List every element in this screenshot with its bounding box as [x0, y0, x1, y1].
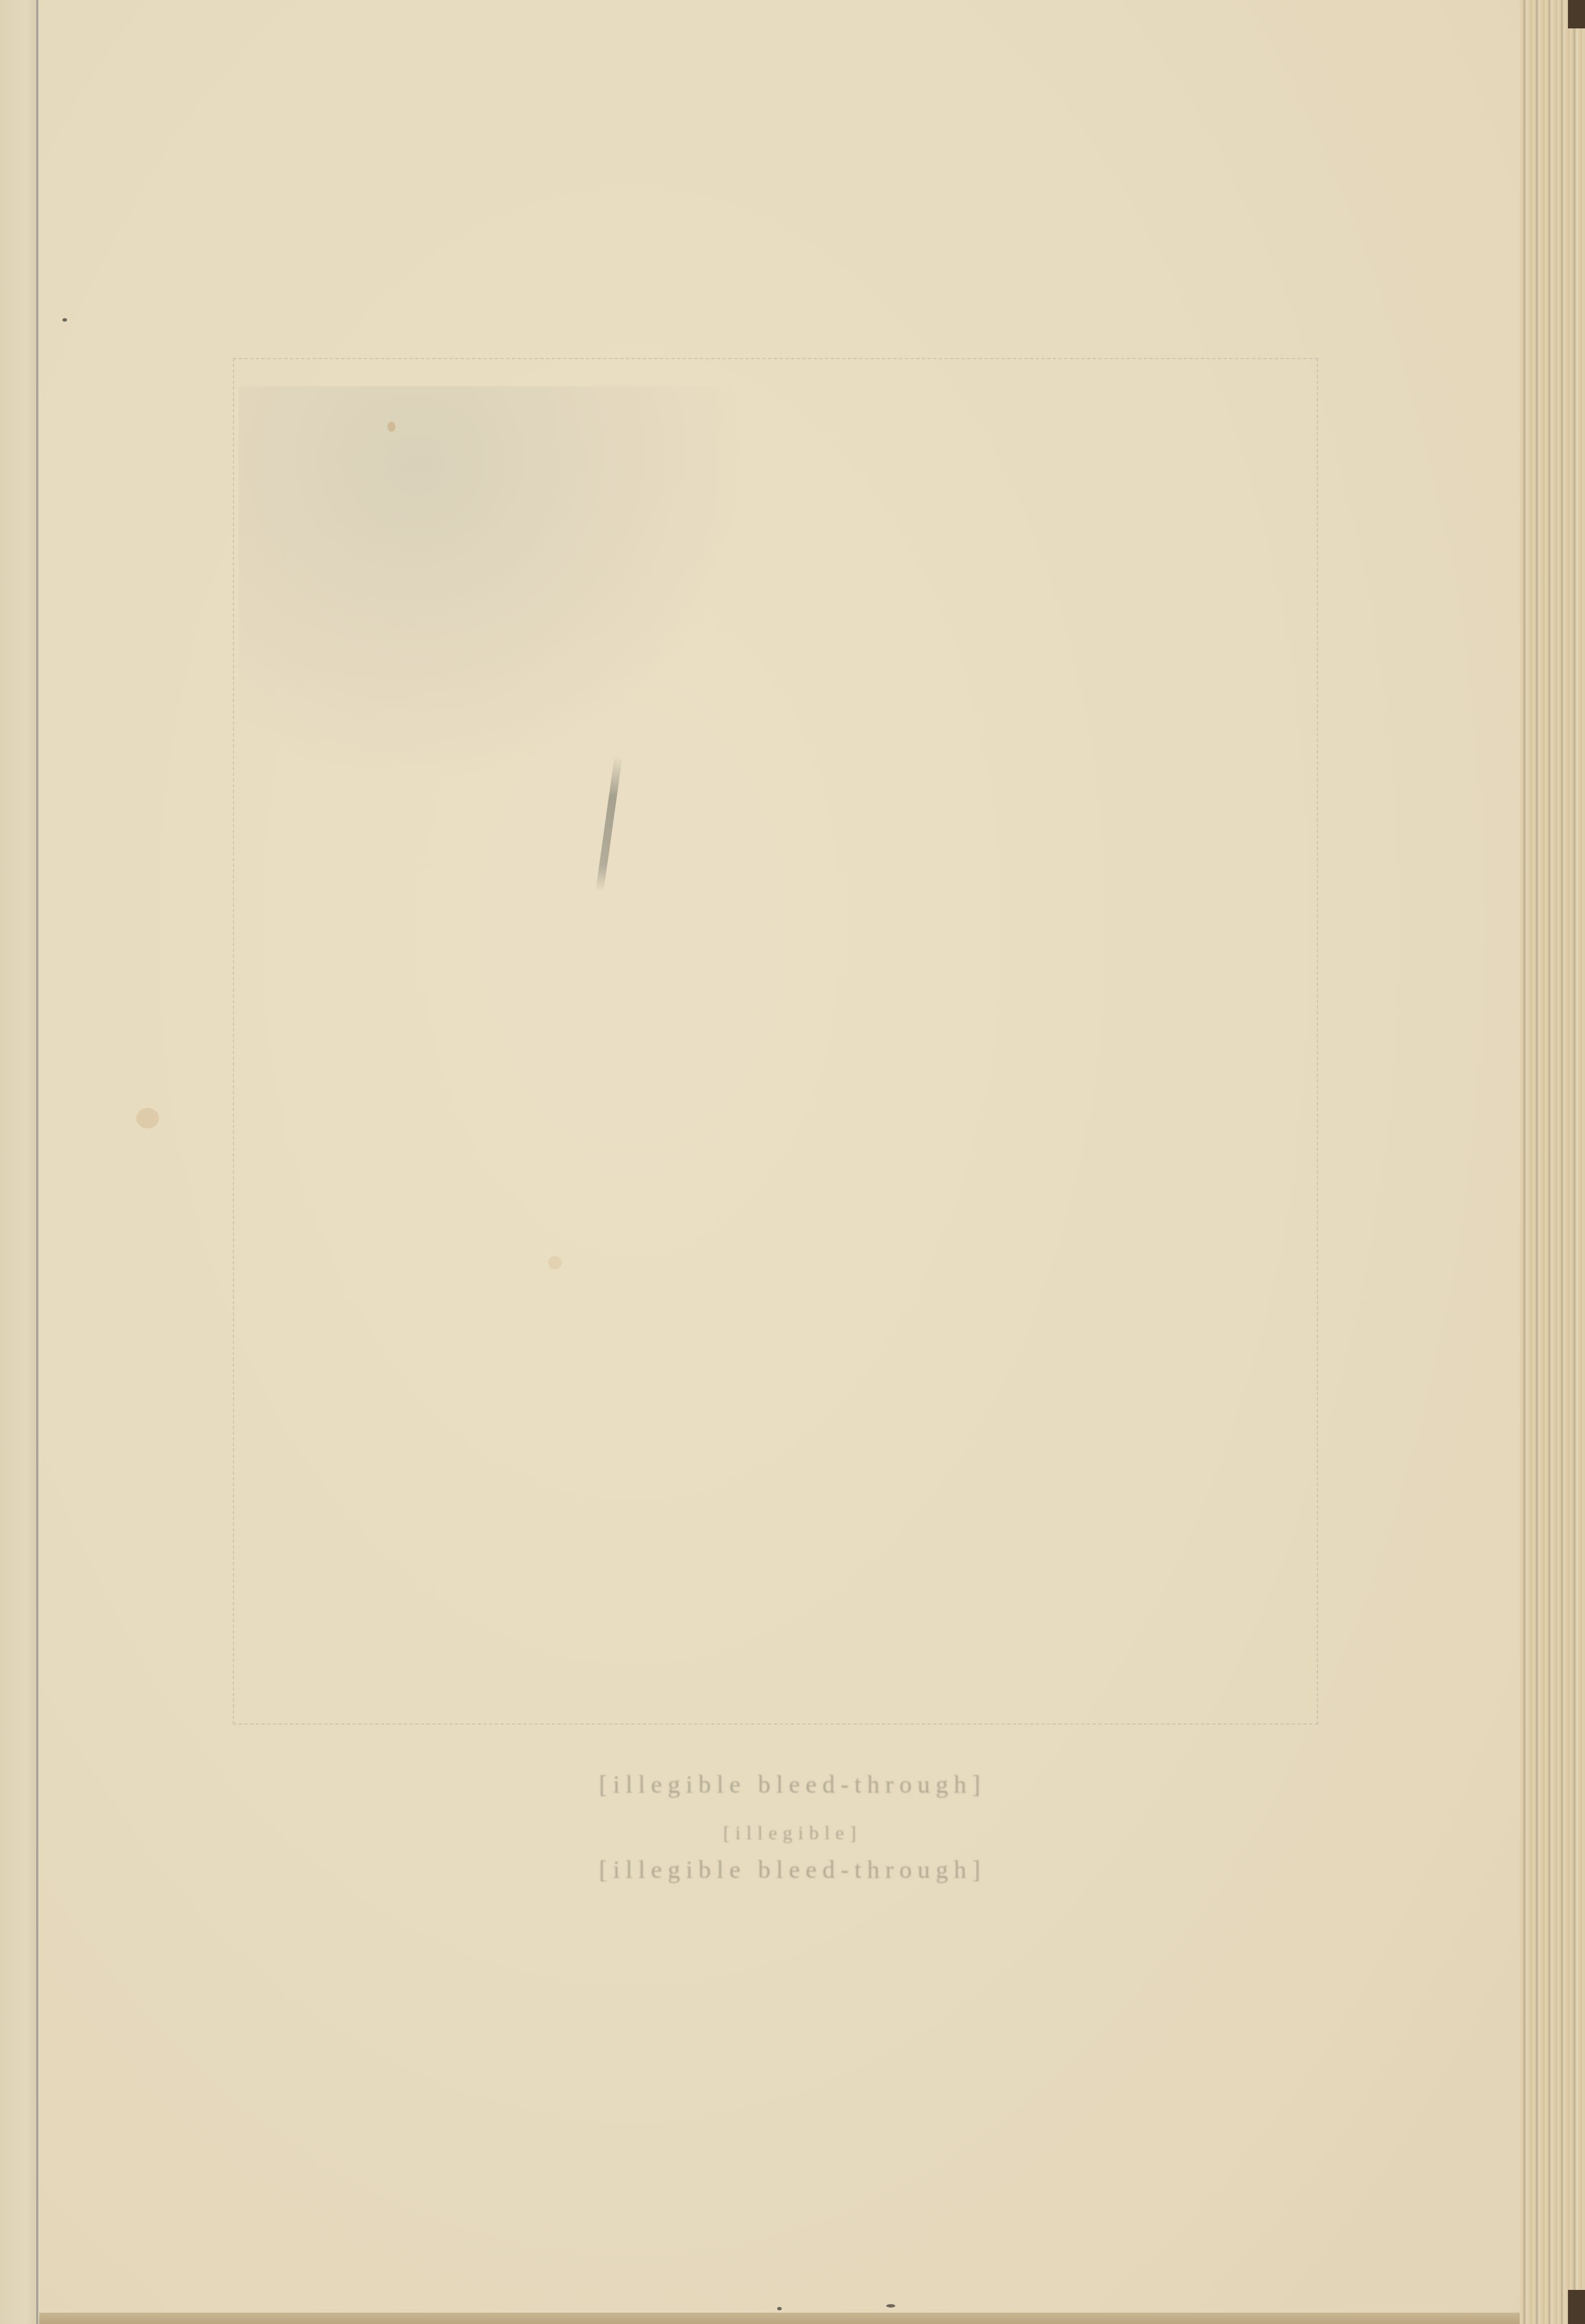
plate-frame — [233, 358, 1318, 1725]
page-bottom-edge — [39, 2313, 1522, 2324]
cover-corner — [1568, 2290, 1585, 2324]
foxing-stain — [136, 1108, 159, 1128]
foxing-stain — [548, 1256, 562, 1269]
foxing-stain — [387, 422, 395, 432]
cover-corner — [1568, 0, 1585, 28]
speck — [62, 318, 67, 322]
caption-line-3: [illegible bleed-through] — [0, 1855, 1585, 1884]
adjacent-left-page — [0, 0, 37, 2324]
speck — [886, 2304, 895, 2308]
caption-line-2: [illegible] — [0, 1823, 1585, 1844]
caption-line-1: [illegible bleed-through] — [0, 1770, 1585, 1799]
fore-edge-pages — [1520, 0, 1585, 2324]
speck — [777, 2307, 782, 2310]
